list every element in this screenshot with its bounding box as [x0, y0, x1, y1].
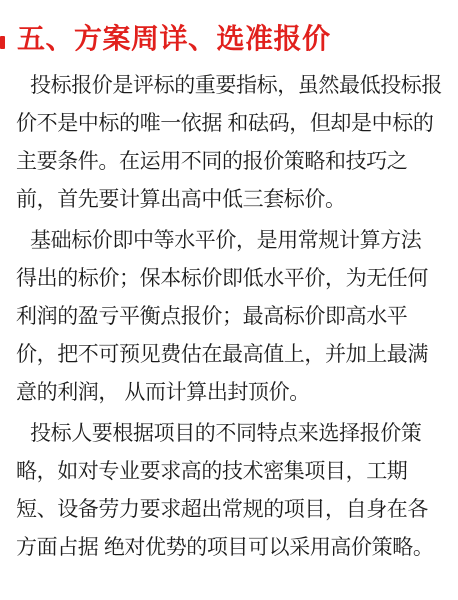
- body-text: 投标报价是评标的重要指标，虽然最低投标报价不是中标的唯一依据 和砝码，但却是中标…: [16, 67, 442, 567]
- paragraph-strategy-selection: 投标人要根据项目的不同特点来选择报价策略，如对专业要求高的技术密集项目，工期短、…: [16, 415, 442, 567]
- document-page: 五、方案周详、选准报价 投标报价是评标的重要指标，虽然最低投标报价不是中标的唯一…: [0, 0, 458, 600]
- clipped-red-character-fragment: [0, 36, 5, 49]
- paragraph-bid-price-importance: 投标报价是评标的重要指标，虽然最低投标报价不是中标的唯一依据 和砝码，但却是中标…: [16, 67, 442, 219]
- section-title: 五、方案周详、选准报价: [17, 23, 444, 55]
- paragraph-three-price-levels: 基础标价即中等水平价，是用常规计算方法 得出的标价；保本标价即低水平价，为无任何…: [16, 222, 442, 412]
